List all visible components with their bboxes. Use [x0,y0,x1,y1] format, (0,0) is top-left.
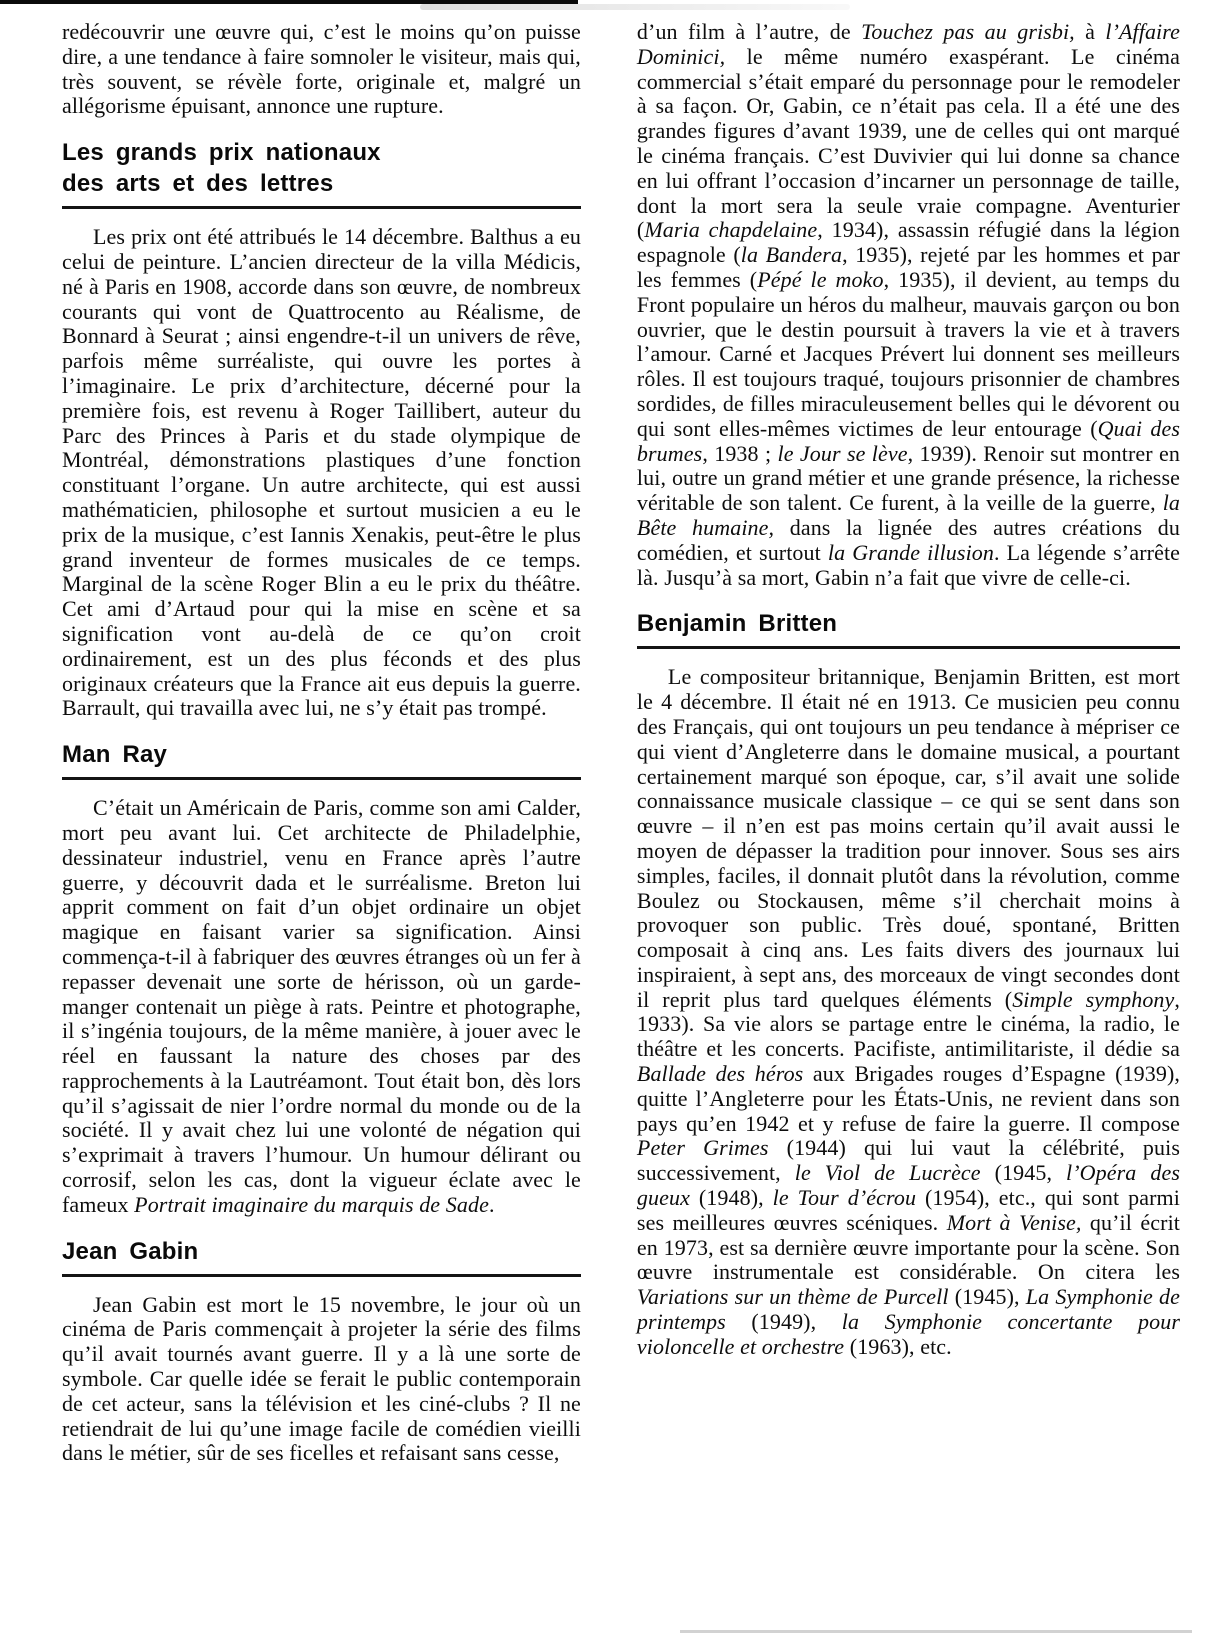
heading-grands-prix-nationaux: Les grands prix nationauxdes arts et des… [62,137,581,209]
heading-jean-gabin: Jean Gabin [62,1236,581,1277]
paragraph-jean-gabin-suite: d’un film à l’autre, de Touchez pas au g… [637,20,1180,590]
heading-man-ray: Man Ray [62,739,581,780]
scan-edge-top-smudge [420,4,850,10]
paragraph-grands-prix: Les prix ont été attribués le 14 décembr… [62,225,581,721]
paragraph-benjamin-britten: Le compositeur britannique, Benjamin Bri… [637,665,1180,1359]
heading-benjamin-britten: Benjamin Britten [637,608,1180,649]
scan-edge-bottom-rule [680,1630,1192,1633]
paragraph-intro-continuation: redécouvrir une œuvre qui, c’est le moin… [62,20,581,119]
left-column: redécouvrir une œuvre qui, c’est le moin… [62,20,581,1466]
paragraph-jean-gabin: Jean Gabin est mort le 15 novembre, le j… [62,1293,581,1467]
text-columns: redécouvrir une œuvre qui, c’est le moin… [62,20,1180,1466]
scanned-document-page: redécouvrir une œuvre qui, c’est le moin… [0,0,1217,1640]
right-column: d’un film à l’autre, de Touchez pas au g… [637,20,1180,1466]
paragraph-man-ray: C’était un Américain de Paris, comme son… [62,796,581,1218]
